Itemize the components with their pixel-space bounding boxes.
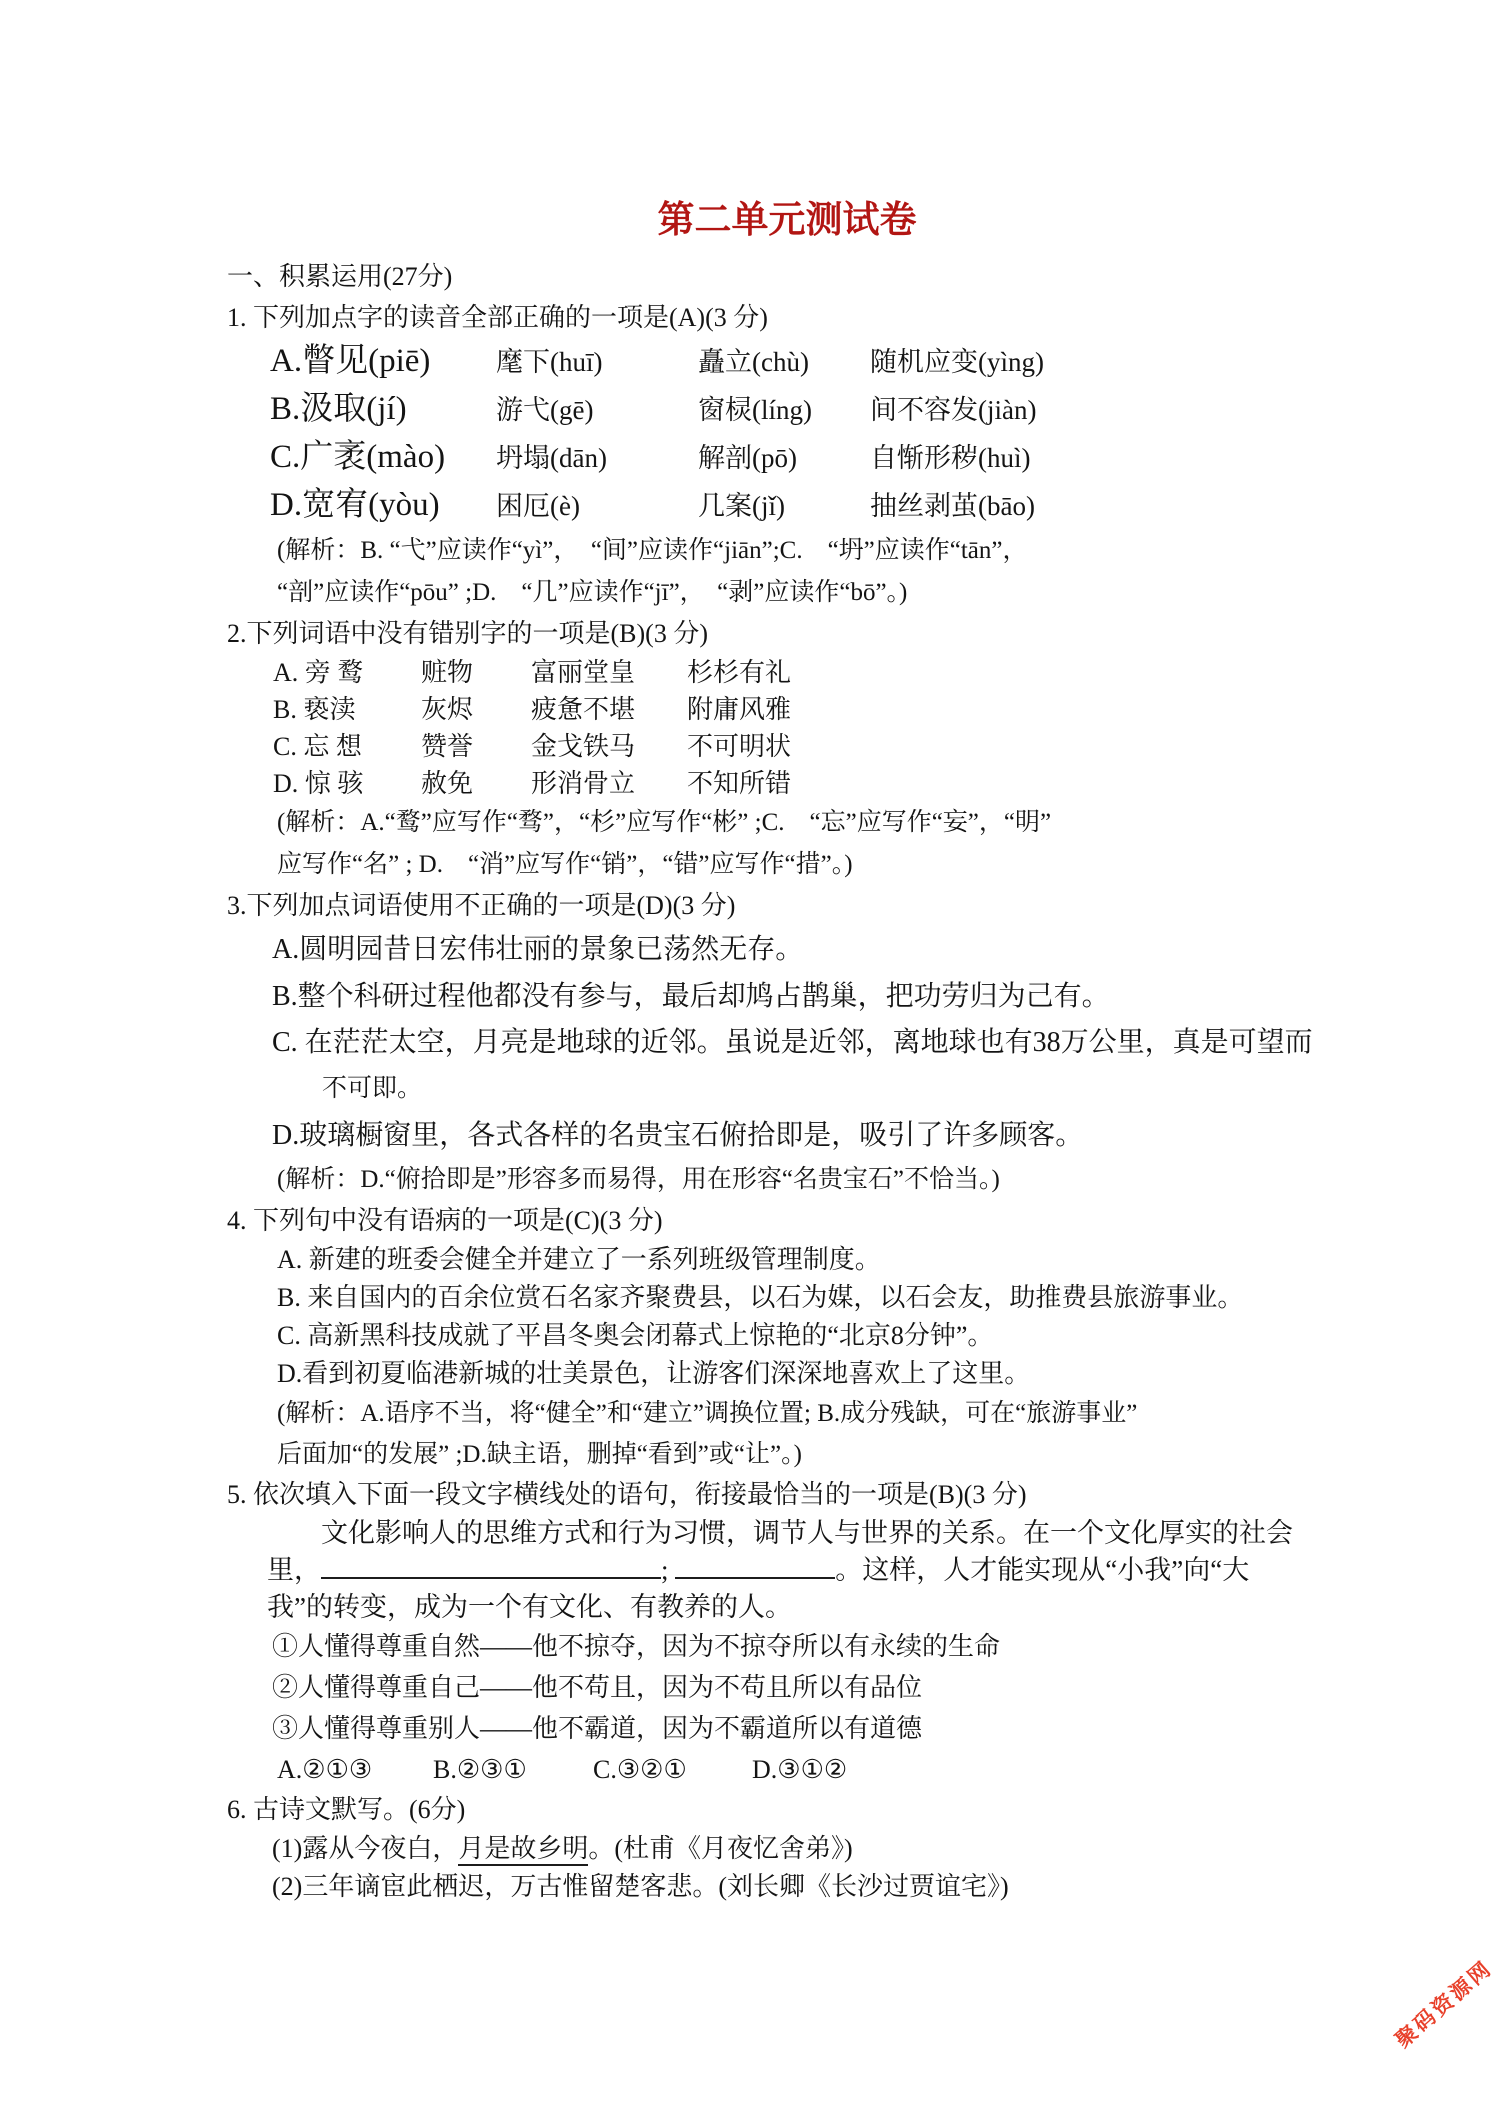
q6-item1-answer: 月是故乡明 [458, 1834, 588, 1866]
q5-choice-b: B.②③① [433, 1749, 593, 1790]
q5-sentence-1: ①人懂得尊重自然——他不掠夺，因为不掠夺所以有永续的生命 [272, 1626, 1347, 1667]
q1-c-term1: C.广袤(mào) [270, 434, 496, 481]
q2-c-term3: 金戈铁马 [531, 728, 687, 765]
q1-d-term2: 困厄(è) [496, 483, 698, 530]
q1-analysis-line1: (解析：B. “弋”应读作“yì”， “间”应读作“jiān”;C. “坍”应读… [277, 530, 1347, 572]
q2-d-term3: 形消骨立 [531, 765, 687, 802]
q4-analysis: (解析：A.语序不当，将“健全”和“建立”调换位置; B.成分残缺，可在“旅游事… [277, 1393, 1347, 1475]
paper-content: 第二单元测试卷 一、积累运用(27分) 1. 下列加点字的读音全部正确的一项是(… [227, 198, 1347, 1906]
q2-a-term3: 富丽堂皇 [531, 654, 687, 691]
q1-option-row-c: C.广袤(mào) 坍塌(dān) 解剖(pō) 自惭形秽(huì) [270, 434, 1347, 482]
q5-sentence-3: ③人懂得尊重别人——他不霸道，因为不霸道所以有道德 [272, 1708, 1347, 1749]
q2-d-term4: 不知所错 [687, 765, 1347, 802]
q3-option-a: A.圆明园昔日宏伟壮丽的景象已荡然无存。 [272, 926, 1347, 973]
q6-item-2: (2)三年谪宦此栖迟，万古惟留楚客悲。(刘长卿《长沙过贾谊宅》) [272, 1868, 1347, 1906]
q2-c-term1: C. 忘 想 [273, 728, 421, 765]
watermark: 聚码资源网 [1388, 1946, 1493, 2054]
q4-option-b: B. 来自国内的百余位赏石名家齐聚费县，以石为媒，以石会友，助推费县旅游事业。 [277, 1279, 1347, 1317]
q2-c-term2: 赞誉 [421, 728, 531, 765]
q2-option-row-c: C. 忘 想 赞誉 金戈铁马 不可明状 [273, 728, 1347, 765]
q1-c-term2: 坍塌(dān) [496, 435, 698, 482]
q1-analysis-line2: “剖”应读作“pōu” ;D. “几”应读作“jī”， “剥”应读作“bō”。) [277, 572, 1347, 614]
q5-passage: 文化影响人的思维方式和行为习惯，调节人与世界的关系。在一个文化厚实的社会 里，;… [267, 1515, 1347, 1626]
q4-header: 4. 下列句中没有语病的一项是(C)(3 分) [227, 1201, 1347, 1241]
q5-passage-line3: 我”的转变，成为一个有文化、有教养的人。 [267, 1589, 1347, 1626]
q6-item1-post: 。(杜甫《月夜忆舍弟》) [588, 1834, 852, 1863]
q2-c-term4: 不可明状 [687, 728, 1347, 765]
q2-b-term4: 附庸风雅 [687, 691, 1347, 728]
q1-c-term4: 自惭形秽(huì) [870, 435, 1347, 482]
q1-c-term3: 解剖(pō) [698, 435, 870, 482]
q2-a-term1: A. 旁 鹜 [273, 654, 421, 691]
q1-a-term4: 随机应变(yìng) [870, 339, 1347, 386]
q1-b-term4: 间不容发(jiàn) [870, 387, 1347, 434]
q1-a-term3: 矗立(chù) [698, 339, 870, 386]
q1-option-row-a: A.瞥见(piē) 麾下(huī) 矗立(chù) 随机应变(yìng) [270, 338, 1347, 386]
q2-option-row-d: D. 惊 骇 赦免 形消骨立 不知所错 [273, 765, 1347, 802]
q2-header: 2.下列词语中没有错别字的一项是(B)(3 分) [227, 614, 1347, 654]
q5-choice-a: A.②①③ [277, 1749, 433, 1790]
q5-line2-separator: ; [661, 1555, 675, 1585]
q4-option-d: D.看到初夏临港新城的壮美景色，让游客们深深地喜欢上了这里。 [277, 1355, 1347, 1393]
q5-choice-c: C.③②① [593, 1749, 752, 1790]
q6-item-1: (1)露从今夜白，月是故乡明。(杜甫《月夜忆舍弟》) [272, 1830, 1347, 1868]
q1-option-row-b: B.汲取(jí) 游弋(gē) 窗棂(líng) 间不容发(jiàn) [270, 386, 1347, 434]
q2-b-term2: 灰烬 [421, 691, 531, 728]
q4-option-c: C. 高新黑科技成就了平昌冬奥会闭幕式上惊艳的“北京8分钟”。 [277, 1317, 1347, 1355]
q2-d-term1: D. 惊 骇 [273, 765, 421, 802]
q4-analysis-line2: 后面加“的发展” ;D.缺主语，删掉“看到”或“让”。) [277, 1434, 1347, 1475]
q3-analysis-line1: (解析：D.“俯拾即是”形容多而易得，用在形容“名贵宝石”不恰当。) [277, 1159, 1347, 1201]
q1-analysis: (解析：B. “弋”应读作“yì”， “间”应读作“jiān”;C. “坍”应读… [277, 530, 1347, 614]
q5-blank-1 [321, 1553, 661, 1579]
q1-a-term2: 麾下(huī) [496, 339, 698, 386]
q6-item1-pre: (1)露从今夜白， [272, 1834, 458, 1863]
q3-header: 3.下列加点词语使用不正确的一项是(D)(3 分) [227, 886, 1347, 926]
q2-d-term2: 赦免 [421, 765, 531, 802]
page-title: 第二单元测试卷 [227, 198, 1347, 244]
q1-b-term3: 窗棂(líng) [698, 387, 870, 434]
q4-option-a: A. 新建的班委会健全并建立了一系列班级管理制度。 [277, 1241, 1347, 1279]
q2-b-term1: B. 亵渎 [273, 691, 421, 728]
q5-choices-row: A.②①③ B.②③① C.③②① D.③①② [277, 1749, 1347, 1790]
q2-analysis-line2: 应写作“名” ; D. “消”应写作“销”，“错”应写作“措”。) [277, 844, 1347, 886]
q2-b-term3: 疲惫不堪 [531, 691, 687, 728]
q6-header: 6. 古诗文默写。(6分) [227, 1790, 1347, 1830]
q5-sentence-2: ②人懂得尊重自己——他不苟且，因为不苟且所以有品位 [272, 1667, 1347, 1708]
q1-b-term1: B.汲取(jí) [270, 386, 496, 433]
q5-header: 5. 依次填入下面一段文字横线处的语句，衔接最恰当的一项是(B)(3 分) [227, 1475, 1347, 1515]
q1-d-term3: 几案(jǐ) [698, 483, 870, 530]
q2-analysis-line1: (解析：A.“鹜”应写作“骛”，“杉”应写作“彬” ;C. “忘”应写作“妄”，… [277, 802, 1347, 844]
q3-option-c-continued: 不可即。 [322, 1066, 1347, 1112]
q5-passage-line2: 里，; 。这样，人才能实现从“小我”向“大 [267, 1552, 1347, 1589]
q2-a-term4: 杉杉有礼 [687, 654, 1347, 691]
test-paper-page: 第二单元测试卷 一、积累运用(27分) 1. 下列加点字的读音全部正确的一项是(… [0, 0, 1493, 2112]
q3-option-c: C. 在茫茫太空，月亮是地球的近邻。虽说是近邻，离地球也有38万公里，真是可望而 [272, 1020, 1347, 1066]
section1-heading: 一、积累运用(27分) [227, 256, 1347, 298]
q1-b-term2: 游弋(gē) [496, 387, 698, 434]
q5-line2-pre: 里， [267, 1555, 321, 1585]
q1-a-term1: A.瞥见(piē) [270, 338, 496, 385]
q5-choice-d: D.③①② [752, 1749, 1347, 1790]
q3-option-b: B.整个科研过程他都没有参与，最后却鸠占鹊巢，把功劳归为己有。 [272, 973, 1347, 1020]
q4-analysis-line1: (解析：A.语序不当，将“健全”和“建立”调换位置; B.成分残缺，可在“旅游事… [277, 1393, 1347, 1434]
q5-blank-2 [675, 1553, 835, 1579]
q3-option-d: D.玻璃橱窗里，各式各样的名贵宝石俯拾即是，吸引了许多顾客。 [272, 1112, 1347, 1159]
q1-d-term1: D.宽宥(yòu) [270, 482, 496, 529]
q2-option-row-a: A. 旁 鹜 赃物 富丽堂皇 杉杉有礼 [273, 654, 1347, 691]
q2-option-row-b: B. 亵渎 灰烬 疲惫不堪 附庸风雅 [273, 691, 1347, 728]
q3-analysis: (解析：D.“俯拾即是”形容多而易得，用在形容“名贵宝石”不恰当。) [277, 1159, 1347, 1201]
q2-analysis: (解析：A.“鹜”应写作“骛”，“杉”应写作“彬” ;C. “忘”应写作“妄”，… [277, 802, 1347, 886]
q5-line2-post: 。这样，人才能实现从“小我”向“大 [835, 1555, 1249, 1585]
q1-header: 1. 下列加点字的读音全部正确的一项是(A)(3 分) [227, 298, 1347, 338]
q5-passage-line1: 文化影响人的思维方式和行为习惯，调节人与世界的关系。在一个文化厚实的社会 [267, 1515, 1347, 1552]
q1-d-term4: 抽丝剥茧(bāo) [870, 483, 1347, 530]
q1-option-row-d: D.宽宥(yòu) 困厄(è) 几案(jǐ) 抽丝剥茧(bāo) [270, 482, 1347, 530]
q2-a-term2: 赃物 [421, 654, 531, 691]
